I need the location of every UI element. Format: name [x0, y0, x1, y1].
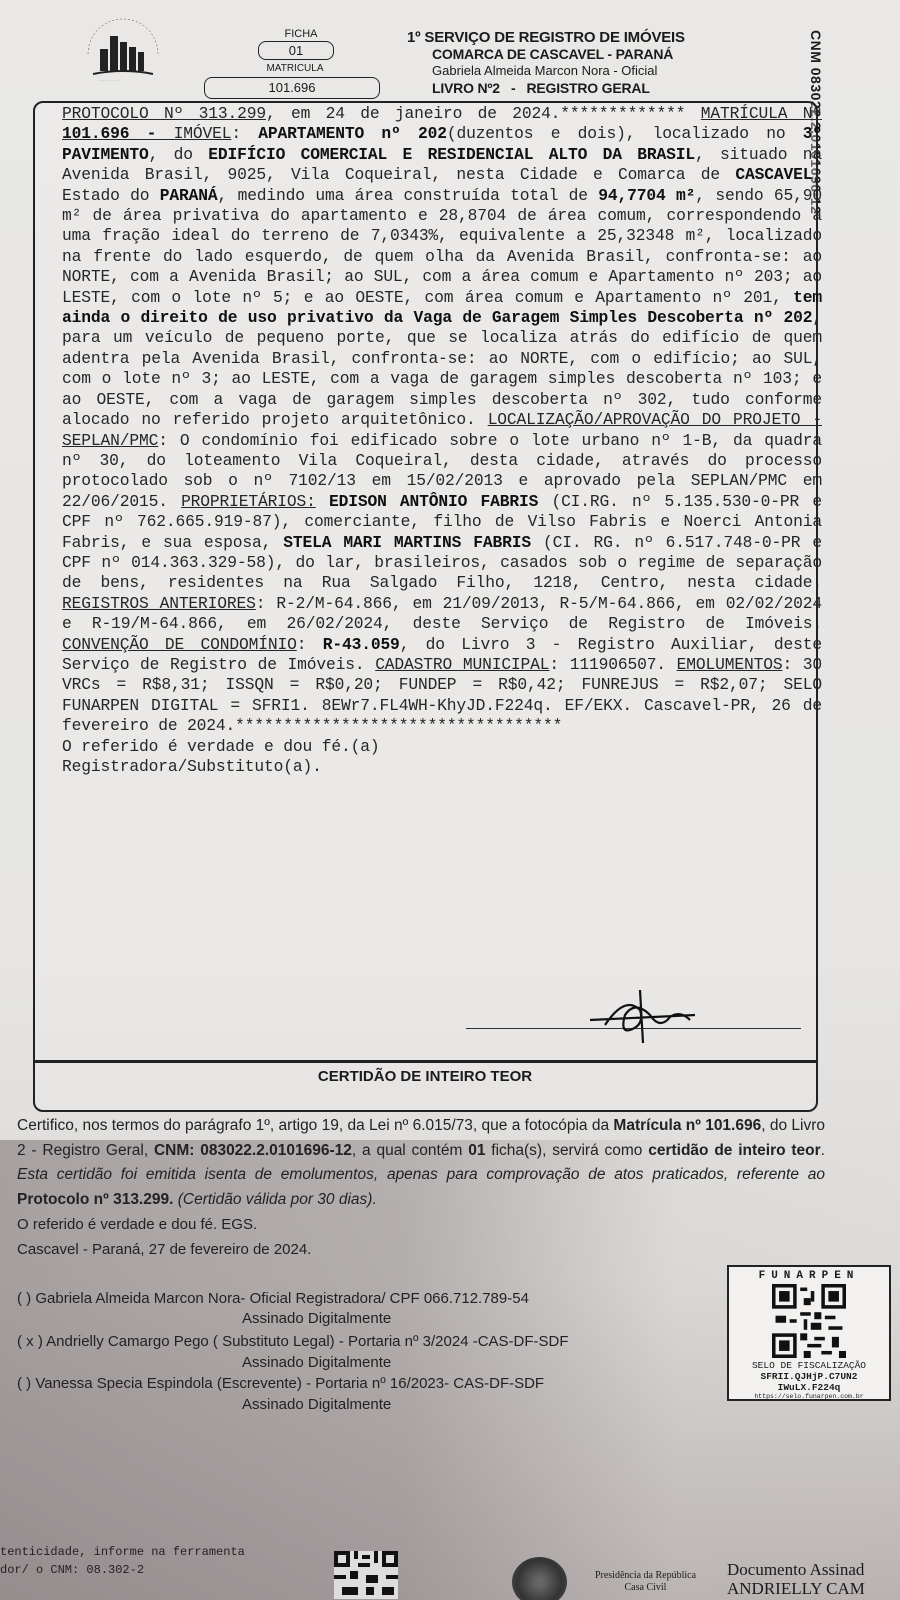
handwritten-signature-icon [585, 985, 705, 1045]
convencao-label: CONVENÇÃO DE CONDOMÍNIO [62, 635, 297, 654]
signer-1-status: Assinado Digitalmente [242, 1310, 391, 1327]
signer-2: ( x ) Andrielly Camargo Pego ( Substitut… [17, 1333, 569, 1350]
closing-statement: O referido é verdade e dou fé.(a) [62, 737, 379, 756]
signer-2-status: Assinado Digitalmente [242, 1354, 391, 1371]
cadastro-label: CADASTRO MUNICIPAL [375, 655, 549, 674]
signer-3: ( ) Vanessa Specia Espindola (Escrevente… [17, 1375, 544, 1392]
svg-text:· · · · · · · · ·: · · · · · · · · · [98, 78, 119, 83]
proprietarios-label: PROPRIETÁRIOS: [181, 492, 316, 511]
owner-2: STELA MARI MARTINS FABRIS [283, 533, 531, 552]
certidao-text: Certifico, nos termos do parágrafo 1º, a… [17, 1114, 825, 1212]
ficha-value: 01 [258, 41, 334, 60]
ficha-label: FICHA [281, 28, 321, 40]
seal-url[interactable]: https://selo.funarpen.com.br [729, 1393, 889, 1400]
apartamento: APARTAMENTO nº 202 [258, 124, 447, 143]
divider [33, 1060, 816, 1063]
qr-code-icon[interactable] [772, 1284, 846, 1358]
matricula-label: MATRICULA [255, 63, 335, 74]
registry-logo-icon: · · · · · · · · · [78, 14, 168, 84]
certidao-title: CERTIDÃO DE INTEIRO TEOR [0, 1068, 850, 1085]
funarpen-seal: FUNARPEN SELO DE FISCALIZAÇÃO SFRII.QJHj… [727, 1265, 891, 1401]
matricula-label: MATRÍCULA Nº [701, 104, 822, 123]
emolumentos-label: EMOLUMENTOS [677, 655, 783, 674]
matricula-value: 101.696 [204, 77, 380, 99]
registry-oficial: Gabriela Almeida Marcon Nora - Oficial [432, 63, 657, 78]
signer-1: ( ) Gabriela Almeida Marcon Nora- Oficia… [17, 1290, 529, 1307]
authenticity-text: tenticidade, informe na ferramenta dor/ … [0, 1543, 245, 1579]
registry-comarca: COMARCA DE CASCAVEL - PARANÁ [432, 46, 673, 62]
presidencia-label: Presidência da República Casa Civil [583, 1570, 708, 1594]
digital-signature-stamp: Documento Assinad ANDRIELLY CAM [727, 1560, 865, 1598]
registry-livro: LIVRO Nº2 - REGISTRO GERAL [432, 80, 650, 96]
signer-3-status: Assinado Digitalmente [242, 1396, 391, 1413]
record-text: PROTOCOLO Nº 313.299, em 24 de janeiro d… [62, 104, 822, 777]
matricula-number: 101.696 - [62, 124, 156, 143]
verification-qr-icon[interactable] [334, 1550, 398, 1600]
verdade-statement: O referido é verdade e dou fé. EGS. [17, 1216, 257, 1233]
owner-1: EDISON ANTÔNIO FABRIS [329, 492, 538, 511]
local-data: Cascavel - Paraná, 27 de fevereiro de 20… [17, 1241, 311, 1258]
signatory-role: Registradora/Substituto(a). [62, 757, 322, 776]
area-total: 94,7704 m² [598, 186, 695, 205]
protocolo-label: PROTOCOLO Nº 313.299 [62, 104, 266, 123]
registros-label: REGISTROS ANTERIORES [62, 594, 256, 613]
registry-title: 1º SERVIÇO DE REGISTRO DE IMÓVEIS [407, 29, 685, 46]
edificio-name: EDIFÍCIO COMERCIAL E RESIDENCIAL ALTO DA… [208, 145, 695, 164]
brazil-coat-of-arms-icon [512, 1557, 567, 1600]
